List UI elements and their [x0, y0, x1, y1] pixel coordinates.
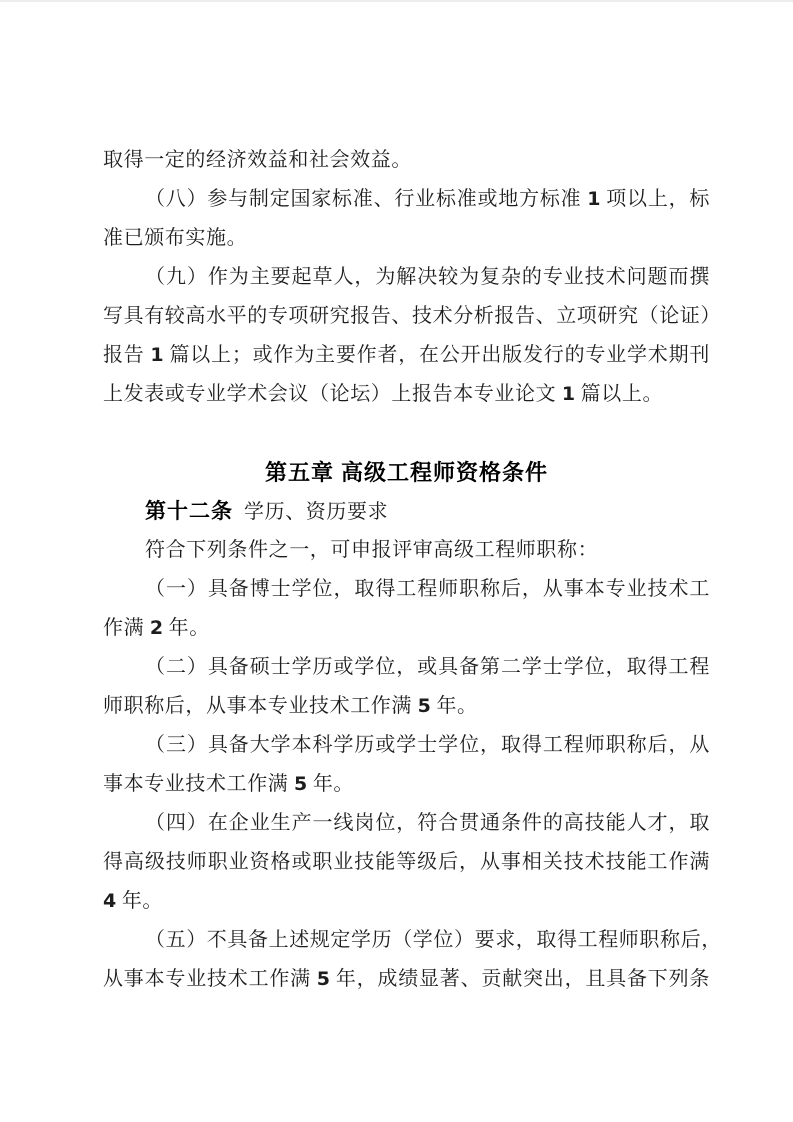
document-page: 取得一定的经济效益和社会效益。（八）参与制定国家标准、行业标准或地方标准 1 项… [0, 0, 793, 1122]
item-2-line-2: 师职称后，从事本专业技术工作满 5 年。 [103, 687, 710, 726]
item-5-line-1: （五）不具备上述规定学历（学位）要求，取得工程师职称后， [103, 921, 710, 960]
numeral: 1 [562, 383, 575, 405]
numeral: 5 [317, 968, 330, 990]
item-1-line-1: （一）具备博士学位，取得工程师职称后，从事本专业技术工 [103, 570, 710, 609]
item-4-line-3: 4 年。 [103, 882, 710, 921]
item-4-line-2: 得高级技师职业资格或职业技能等级后，从事相关技术技能工作满 [103, 843, 710, 882]
numeral: 1 [587, 188, 600, 210]
article-title: 学历、资历要求 [244, 501, 388, 523]
item-4-line-1: （四）在企业生产一线岗位，符合贯通条件的高技能人才，取 [103, 804, 710, 843]
item-3-line-1: （三）具备大学本科学历或学士学位，取得工程师职称后，从 [103, 726, 710, 765]
item-5-line-2: 从事本专业技术工作满 5 年，成绩显著、贡献突出，且具备下列条 [103, 960, 710, 999]
numeral: 5 [418, 695, 431, 717]
article-12-line: 第十二条学历、资历要求 [103, 492, 710, 531]
item-1-line-2: 作满 2 年。 [103, 609, 710, 648]
item-9-line-1: （九）作为主要起草人，为解决较为复杂的专业技术问题而撰 [103, 258, 710, 297]
numeral: 2 [150, 617, 163, 639]
item-3-line-2: 事本专业技术工作满 5 年。 [103, 765, 710, 804]
numeral: 5 [294, 773, 307, 795]
item-8-line-2: 准已颁布实施。 [103, 219, 710, 258]
article-12-intro-line-1: 符合下列条件之一，可申报评审高级工程师职称： [103, 531, 710, 570]
numeral: 4 [103, 890, 116, 912]
chapter-heading: 第五章 高级工程师资格条件 [103, 453, 710, 492]
article-number: 第十二条 [145, 500, 233, 523]
item-8-line-1: （八）参与制定国家标准、行业标准或地方标准 1 项以上，标 [103, 180, 710, 219]
document-body: 取得一定的经济效益和社会效益。（八）参与制定国家标准、行业标准或地方标准 1 项… [103, 141, 710, 999]
item-9-line-3: 报告 1 篇以上；或作为主要作者，在公开出版发行的专业学术期刊 [103, 336, 710, 375]
item-9-line-2: 写具有较高水平的专项研究报告、技术分析报告、立项研究（论证） [103, 297, 710, 336]
para-continuation-line-1: 取得一定的经济效益和社会效益。 [103, 141, 710, 180]
item-9-line-4: 上发表或专业学术会议（论坛）上报告本专业论文 1 篇以上。 [103, 375, 710, 414]
numeral: 1 [150, 344, 163, 366]
item-2-line-1: （二）具备硕士学历或学位，或具备第二学士学位，取得工程 [103, 648, 710, 687]
